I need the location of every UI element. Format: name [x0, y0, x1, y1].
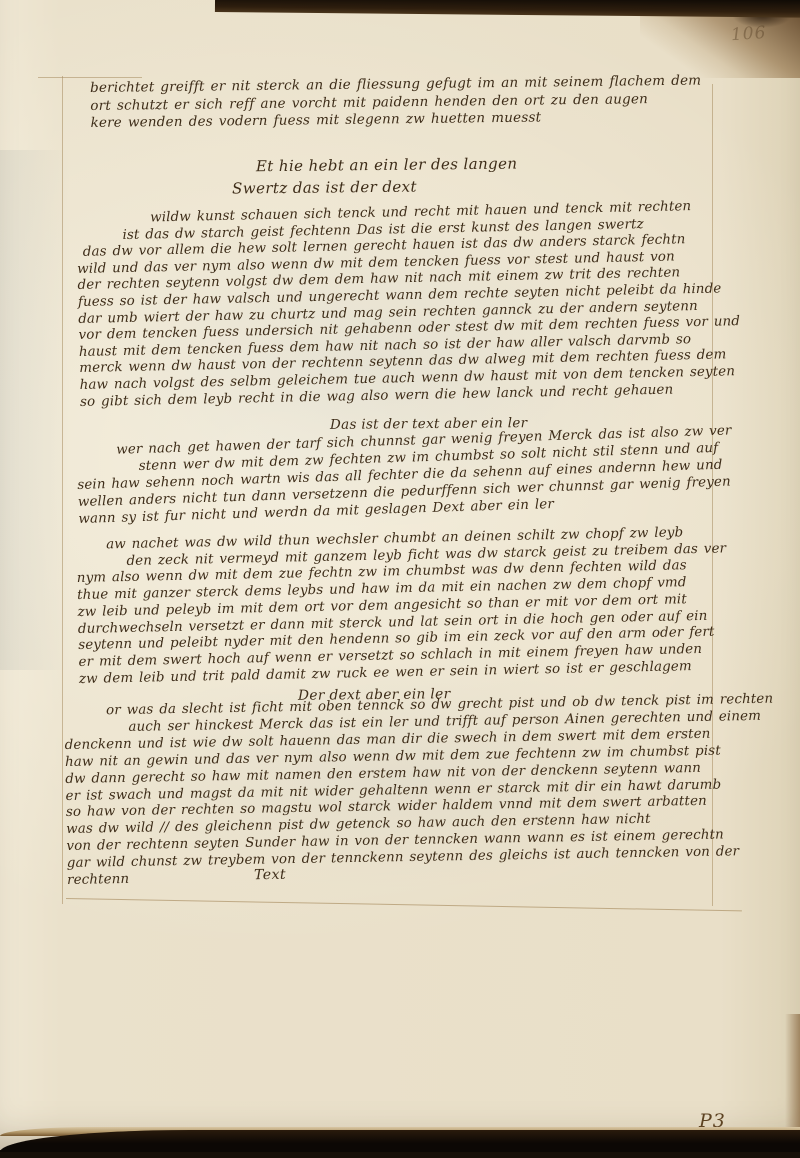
manuscript-photo: 106 berichtet greifft er nit sterck an d…: [0, 0, 800, 1158]
page-edge-right: [785, 1014, 800, 1134]
body-paragraph-3: aw nachet was dw wild thun wechsler chum…: [76, 524, 734, 688]
manuscript-line: Et hie hebt an ein ler des langen: [232, 153, 518, 178]
board-edge-bottom: [0, 1130, 800, 1152]
opening-paragraph: berichtet greifft er nit sterck an die f…: [90, 72, 731, 132]
ruled-line-left: [62, 76, 63, 904]
ruled-line-bottom: [66, 898, 742, 911]
show-through-left-margin: [0, 150, 70, 670]
catchword: Text: [254, 867, 286, 884]
body-paragraph-4: or was da slecht ist ficht mit oben tenn…: [64, 692, 739, 890]
chapter-heading: Et hie hebt an ein ler des langenSwertz …: [232, 153, 518, 200]
manuscript-line: Swertz das ist der dext: [232, 175, 518, 200]
parchment-page: 106 berichtet greifft er nit sterck an d…: [0, 0, 800, 1150]
body-paragraph-1: wildw kunst schauen sich tenck und recht…: [76, 198, 735, 411]
ruled-line-top: [38, 77, 142, 78]
